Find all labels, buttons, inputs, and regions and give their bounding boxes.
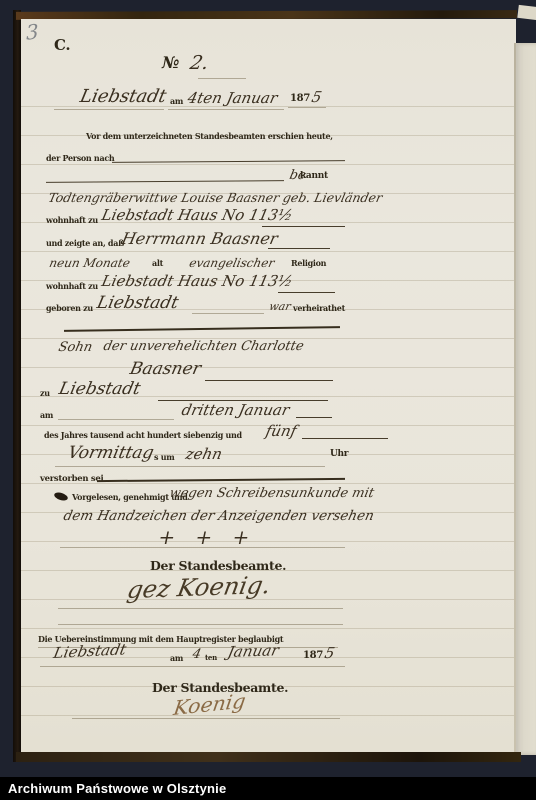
alt-label: alt <box>152 258 163 268</box>
header-year-underline <box>288 107 326 108</box>
bekannt-printed: kannt <box>300 171 328 181</box>
declarant-name: Todtengräberwittwe Louise Baasner geb. L… <box>47 190 384 205</box>
geboren-zu-label: geboren zu <box>46 303 93 313</box>
death-place: Liebstadt <box>57 379 142 399</box>
religion-value: evangelischer <box>188 256 276 270</box>
next-page-corner <box>517 5 536 20</box>
time-underline <box>55 466 325 467</box>
birthplace: Liebstadt <box>95 293 180 313</box>
mother-surname: Baasner <box>128 359 203 379</box>
header-place: Liebstadt <box>78 86 168 107</box>
archive-caption-label: Archiwum Państwowe w Olsztynie <box>8 781 226 796</box>
verstorben-label: verstorben sei <box>40 474 103 484</box>
time-hand: Vormittag <box>66 443 156 463</box>
death-day-blank-right <box>296 417 332 418</box>
age-value: neun Monate <box>48 256 131 270</box>
time-value: zehn <box>184 445 224 463</box>
header-year-printed: 187 <box>290 93 310 104</box>
wohnhaft-zu-label-2: wohnhaft zu <box>46 281 98 291</box>
mother-blank <box>205 380 333 381</box>
register-book-scan: 3 C. № 2. Liebstadt am 4ten Januar 187 5… <box>0 0 536 800</box>
year-word: fünf <box>264 422 298 440</box>
marks-underline <box>60 547 345 548</box>
zeigte-an-label: und zeigte an, daß <box>46 238 124 248</box>
book-left-edge <box>13 10 21 762</box>
religion-label: Religion <box>291 258 326 268</box>
cert-year-printed: 187 <box>303 650 323 661</box>
death-day: dritten Januar <box>180 401 291 419</box>
record-number-underline <box>198 78 246 79</box>
residence-1: Liebstadt Haus No 113½ <box>100 206 294 224</box>
form-intro: Vor dem unterzeichneten Standesbeamten e… <box>86 131 333 141</box>
zu-label: zu <box>40 388 50 398</box>
numero-sign: № <box>162 53 179 72</box>
closing-hand-2: dem Handzeichen der Anzeigenden versehen <box>62 508 375 524</box>
year-line-printed: des Jahres tausend acht hundert siebenzi… <box>44 430 242 440</box>
signature-underline-1 <box>58 608 343 609</box>
marital-label: verheirathet <box>293 303 345 313</box>
section-letter: C. <box>54 36 70 54</box>
cert-am-label: am <box>170 653 183 663</box>
residence-1-blank <box>262 226 345 227</box>
cert-ten-label: ten <box>205 653 217 662</box>
am-label: am <box>40 410 53 420</box>
signature-underline-2 <box>58 624 343 625</box>
cert-month: Januar <box>226 641 281 661</box>
archive-caption-bar: Archiwum Państwowe w Olsztynie <box>0 777 536 800</box>
book-bottom-edge <box>16 752 521 762</box>
header-am-label: am <box>170 96 183 106</box>
witness-marks: + + + <box>156 525 259 549</box>
pencil-page-number: 3 <box>26 19 39 45</box>
wohnhaft-zu-label-1: wohnhaft zu <box>46 215 98 225</box>
time-mid-printed: s um <box>154 452 174 462</box>
mother-desc: der unverehelichten Charlotte <box>102 339 305 354</box>
uhr-label: Uhr <box>330 449 348 459</box>
registrar-signature-gez: gez Koenig. <box>125 571 273 604</box>
deceased-name: Herrmann Baasner <box>120 229 280 248</box>
adjacent-page-strip <box>516 43 536 755</box>
residence-2: Liebstadt Haus No 113½ <box>100 272 294 290</box>
header-place-underline <box>54 109 164 110</box>
header-day-month: 4ten Januar <box>186 89 279 107</box>
person-nach-label: der Person nach <box>46 153 114 163</box>
header-date-underline <box>168 109 284 110</box>
marital-hand: war <box>268 300 292 313</box>
death-day-blank-left <box>58 419 174 420</box>
sohn-word: Sohn <box>57 340 94 355</box>
year-blank <box>302 438 388 439</box>
cert-line-underline <box>40 666 345 667</box>
birthplace-blank <box>192 313 264 314</box>
deceased-blank <box>268 248 330 249</box>
signature-2-underline <box>72 718 340 719</box>
residence-2-blank <box>278 292 335 293</box>
closing-hand-1: wegen Schreibensunkunde mit <box>168 486 375 501</box>
